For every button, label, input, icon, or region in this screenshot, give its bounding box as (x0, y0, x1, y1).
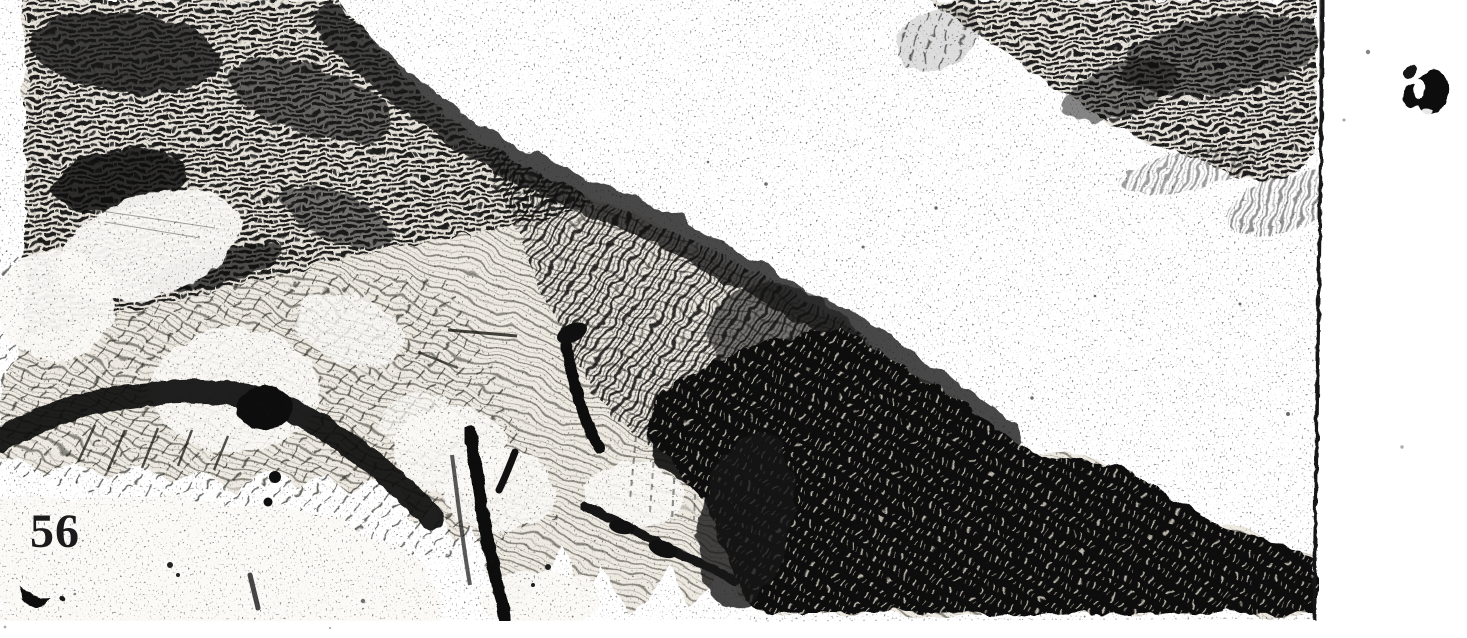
engraving-illustration (0, 0, 1467, 638)
pen-mark-dot (74, 593, 76, 595)
page-number: 56 (30, 504, 80, 559)
pen-mark-dot (59, 596, 65, 602)
engraved-figure (0, 0, 1341, 638)
scan-grain-overlay (0, 0, 1318, 620)
border-rule-thick-top (1320, 0, 1322, 140)
scanned-book-page: 56 (0, 0, 1467, 638)
ink-blot-hook (1400, 63, 1420, 81)
ink-blot (1400, 63, 1451, 117)
ink-blot-gap (1421, 108, 1433, 116)
